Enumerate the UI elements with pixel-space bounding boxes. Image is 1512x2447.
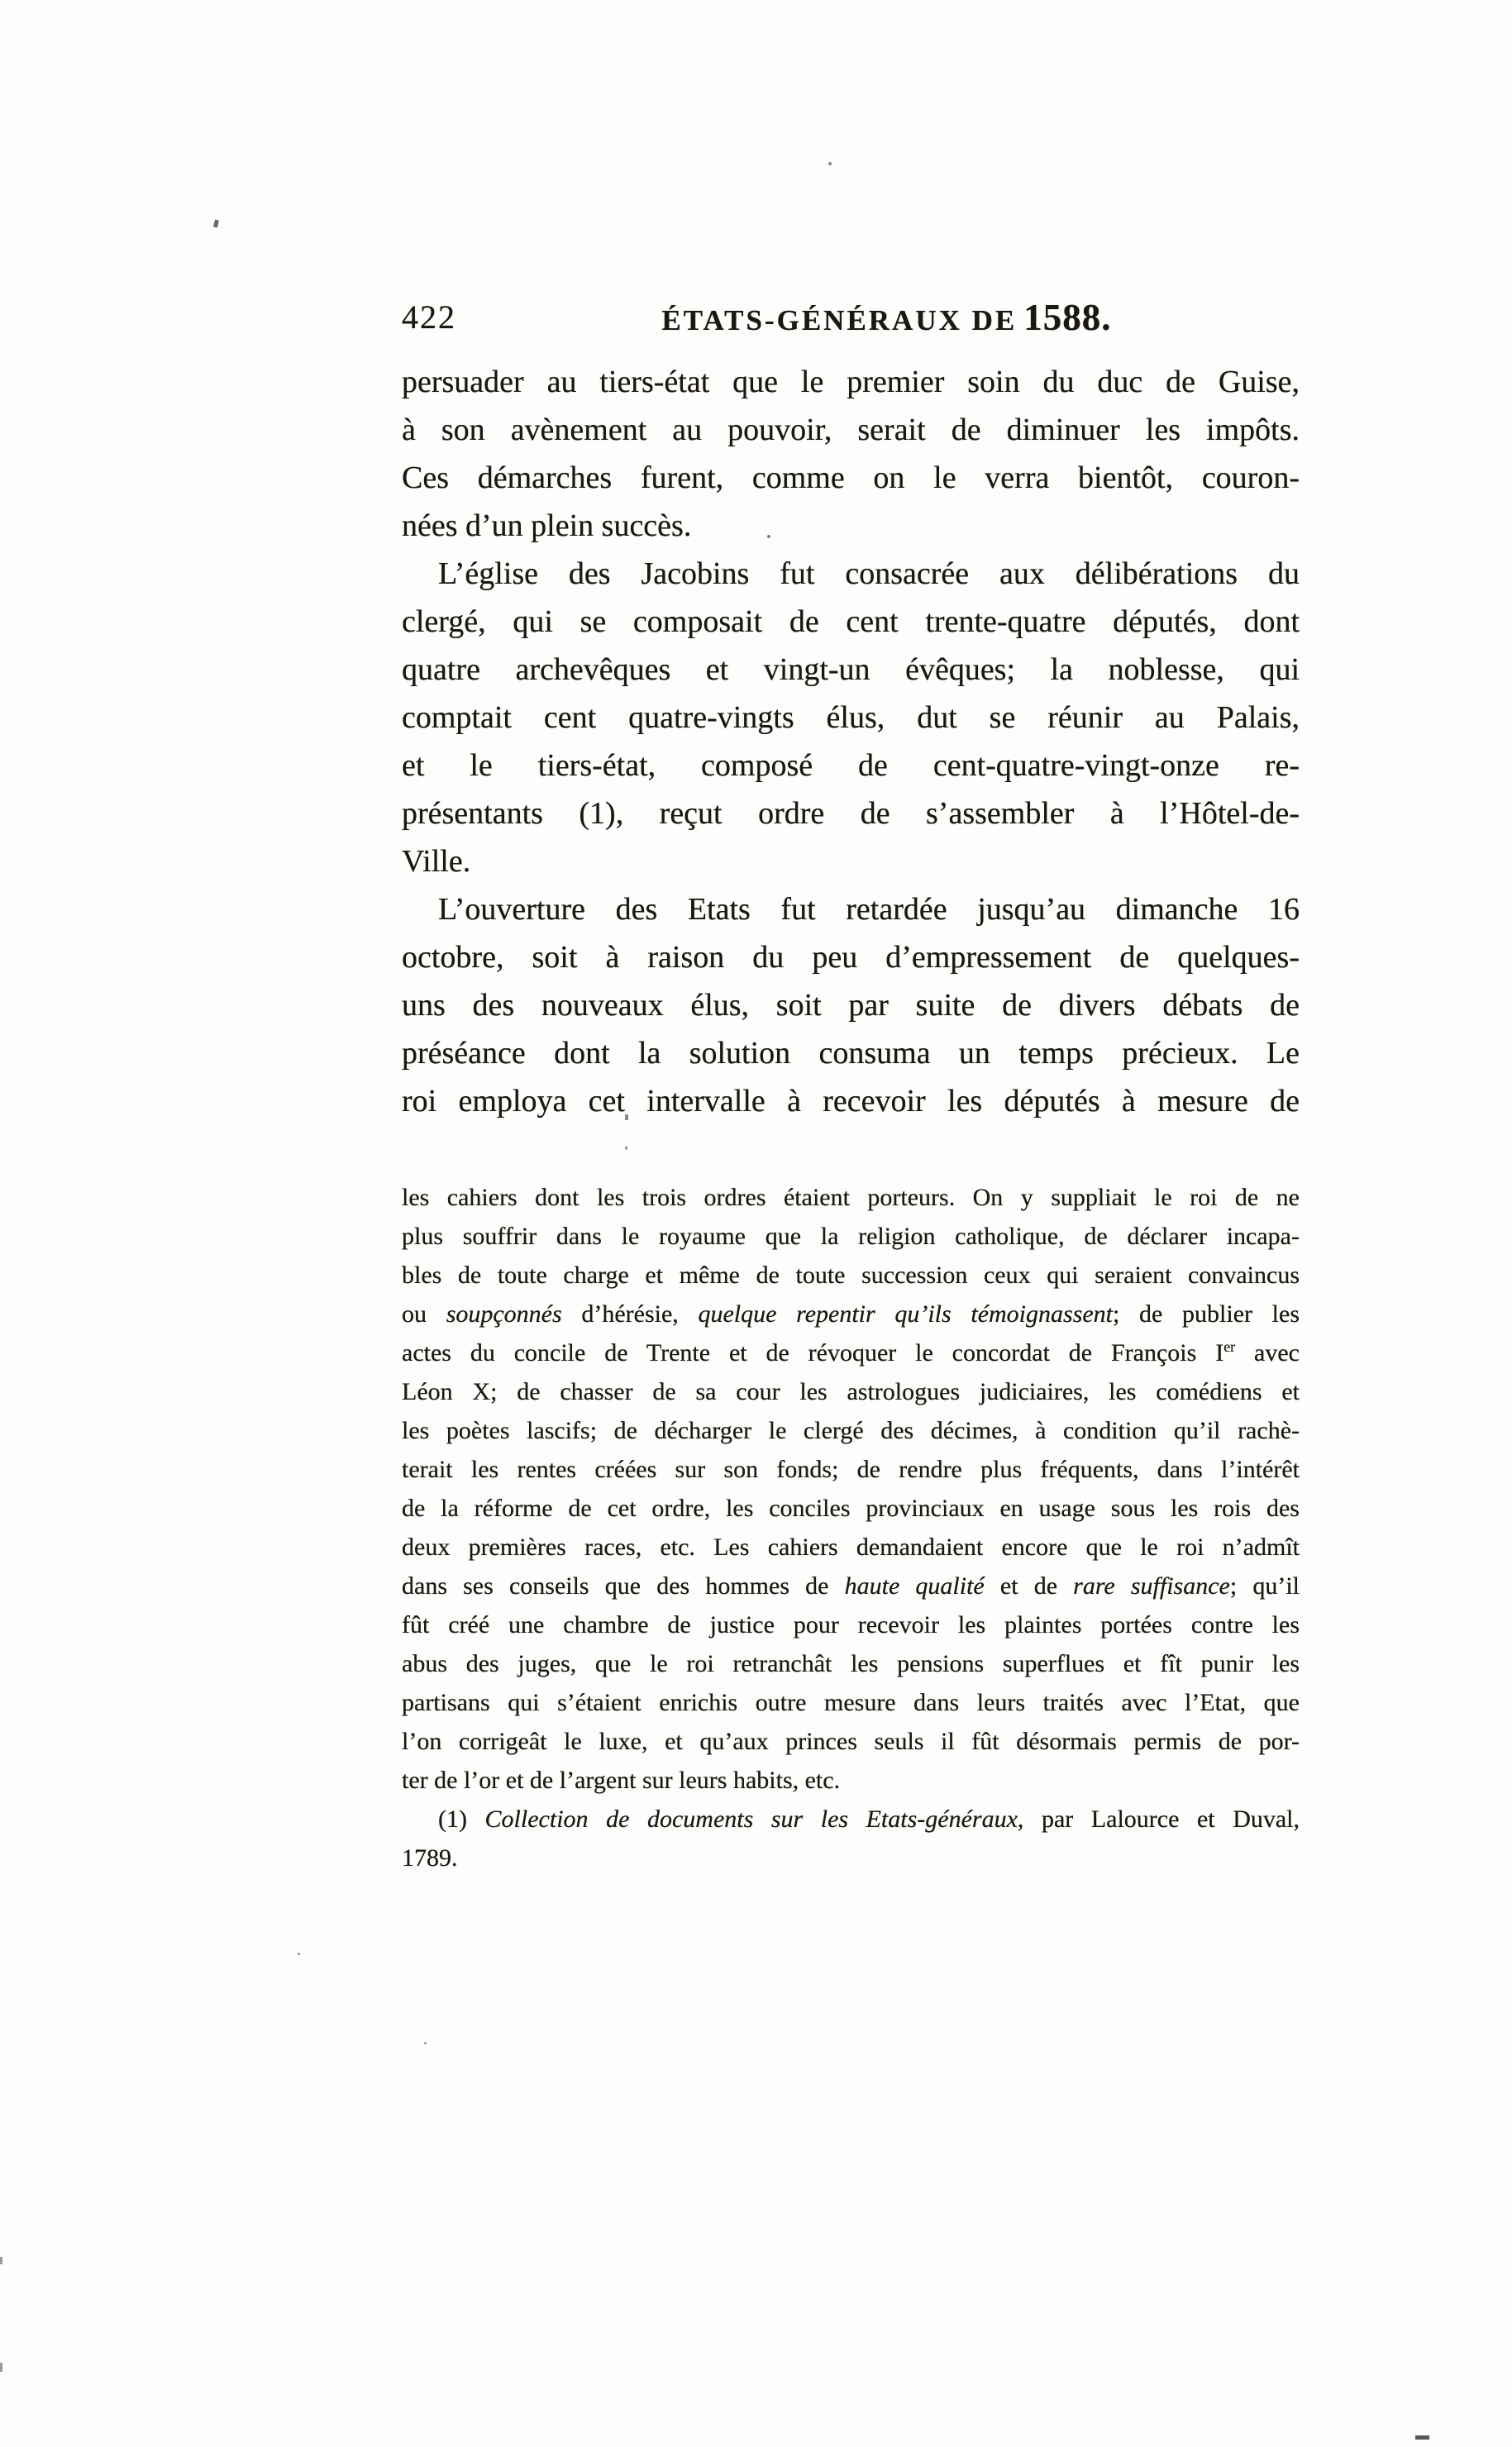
text-line: uns des nouveaux élus, soit par suite de… bbox=[402, 981, 1300, 1029]
text-segment: abus des juges, que le roi retranchât le… bbox=[402, 1650, 1300, 1677]
text-segment: préséance dont la solution consuma un te… bbox=[402, 1036, 1300, 1071]
scan-speck bbox=[424, 2042, 427, 2044]
text-line: Léon X; de chasser de sa cour les astrol… bbox=[402, 1372, 1300, 1411]
text-segment: Collection de documents sur les Etats-gé… bbox=[485, 1805, 1018, 1833]
text-line: les cahiers dont les trois ordres étaien… bbox=[402, 1178, 1300, 1217]
text-segment: Ville. bbox=[402, 844, 470, 879]
scan-speck bbox=[828, 162, 832, 165]
text-line: ter de l’or et de l’argent sur leurs hab… bbox=[402, 1761, 1300, 1800]
text-line: Ville. bbox=[402, 837, 1300, 885]
text-line: octobre, soit à raison du peu d’empresse… bbox=[402, 933, 1300, 981]
running-title-year: 1588. bbox=[1023, 297, 1111, 338]
text-segment: plus souffrir dans le royaume que la rel… bbox=[402, 1223, 1300, 1250]
text-line: comptait cent quatre-vingts élus, dut se… bbox=[402, 694, 1300, 742]
book-page-scan: 422 ÉTATS-GÉNÉRAUX DE 1588. persuader au… bbox=[0, 0, 1512, 2447]
text-segment: terait les rentes créées sur son fonds; … bbox=[402, 1456, 1300, 1483]
text-segment: ter de l’or et de l’argent sur leurs hab… bbox=[402, 1767, 840, 1794]
text-segment: L’église des Jacobins fut consacrée aux … bbox=[438, 556, 1300, 591]
page-header: 422 ÉTATS-GÉNÉRAUX DE 1588. bbox=[402, 294, 1300, 344]
text-line: abus des juges, que le roi retranchât le… bbox=[402, 1644, 1300, 1683]
text-line: L’église des Jacobins fut consacrée aux … bbox=[402, 550, 1300, 598]
text-segment: comptait cent quatre-vingts élus, dut se… bbox=[402, 700, 1300, 735]
text-segment: , par Lalource et Duval, bbox=[1018, 1805, 1300, 1833]
running-title-text: ÉTATS-GÉNÉRAUX DE bbox=[661, 304, 1017, 336]
text-segment: fût créé une chambre de justice pour rec… bbox=[402, 1611, 1300, 1638]
footnote-block: les cahiers dont les trois ordres étaien… bbox=[402, 1178, 1300, 1877]
text-line: deux premières races, etc. Les cahiers d… bbox=[402, 1528, 1300, 1567]
page-number: 422 bbox=[402, 294, 456, 341]
text-line: terait les rentes créées sur son fonds; … bbox=[402, 1450, 1300, 1489]
text-segment: d’hérésie, bbox=[562, 1300, 699, 1328]
text-segment: roi employa cet intervalle à recevoir le… bbox=[402, 1084, 1300, 1119]
scan-speck bbox=[625, 1146, 627, 1150]
text-segment: présentants (1), reçut ordre de s’assemb… bbox=[402, 796, 1300, 831]
text-line: quatre archevêques et vingt-un évêques; … bbox=[402, 646, 1300, 694]
text-segment: dans ses conseils que des hommes de bbox=[402, 1572, 845, 1600]
text-segment: nées d’un plein succès. bbox=[402, 508, 691, 543]
text-line: roi employa cet intervalle à recevoir le… bbox=[402, 1077, 1300, 1125]
text-line: dans ses conseils que des hommes de haut… bbox=[402, 1567, 1300, 1605]
text-segment: rare suffisance bbox=[1073, 1572, 1230, 1600]
text-line: Ces démarches furent, comme on le verra … bbox=[402, 454, 1300, 502]
text-line: nées d’un plein succès. bbox=[402, 502, 1300, 550]
text-line: partisans qui s’étaient enrichis outre m… bbox=[402, 1683, 1300, 1722]
text-line: persuader au tiers-état que le premier s… bbox=[402, 358, 1300, 406]
text-line: préséance dont la solution consuma un te… bbox=[402, 1029, 1300, 1077]
text-segment: er bbox=[1223, 1338, 1235, 1355]
text-line: et le tiers-état, composé de cent-quatre… bbox=[402, 742, 1300, 789]
text-segment: L’ouverture des Etats fut retardée jusqu… bbox=[438, 892, 1300, 927]
text-segment: ou bbox=[402, 1300, 446, 1328]
text-segment: bles de toute charge et même de toute su… bbox=[402, 1262, 1300, 1289]
text-segment: 1789. bbox=[402, 1844, 458, 1872]
text-line: (1) Collection de documents sur les Etat… bbox=[402, 1800, 1300, 1839]
text-segment: l’on corrigeât le luxe, et qu’aux prince… bbox=[402, 1728, 1300, 1755]
text-segment: haute qualité bbox=[845, 1572, 985, 1600]
text-segment: uns des nouveaux élus, soit par suite de… bbox=[402, 988, 1300, 1023]
text-segment: persuader au tiers-état que le premier s… bbox=[402, 365, 1300, 399]
text-segment: partisans qui s’étaient enrichis outre m… bbox=[402, 1689, 1300, 1716]
scan-speck bbox=[625, 1114, 628, 1120]
scan-speck bbox=[298, 1953, 300, 1955]
text-line: plus souffrir dans le royaume que la rel… bbox=[402, 1217, 1300, 1256]
text-line: à son avènement au pouvoir, serait de di… bbox=[402, 406, 1300, 454]
main-text-block: persuader au tiers-état que le premier s… bbox=[402, 358, 1300, 1125]
text-line: de la réforme de cet ordre, les conciles… bbox=[402, 1489, 1300, 1528]
scan-speck bbox=[0, 2363, 2, 2372]
text-line: les poètes lascifs; de décharger le cler… bbox=[402, 1411, 1300, 1450]
text-segment: deux premières races, etc. Les cahiers d… bbox=[402, 1534, 1300, 1561]
text-segment: Léon X; de chasser de sa cour les astrol… bbox=[402, 1378, 1300, 1405]
text-line: clergé, qui se composait de cent trente-… bbox=[402, 598, 1300, 646]
text-line: ou soupçonnés d’hérésie, quelque repenti… bbox=[402, 1295, 1300, 1333]
text-line: 1789. bbox=[402, 1839, 1300, 1877]
text-segment: quatre archevêques et vingt-un évêques; … bbox=[402, 652, 1300, 687]
text-segment: et le tiers-état, composé de cent-quatre… bbox=[402, 748, 1300, 783]
text-segment: soupçonnés bbox=[446, 1300, 562, 1328]
text-line: L’ouverture des Etats fut retardée jusqu… bbox=[402, 885, 1300, 933]
text-segment: de la réforme de cet ordre, les conciles… bbox=[402, 1495, 1300, 1522]
text-segment: quelque repentir qu’ils témoignassent bbox=[698, 1300, 1113, 1328]
text-segment: clergé, qui se composait de cent trente-… bbox=[402, 604, 1300, 639]
text-segment: octobre, soit à raison du peu d’empresse… bbox=[402, 940, 1300, 975]
text-segment: à son avènement au pouvoir, serait de di… bbox=[402, 413, 1300, 447]
text-line: fût créé une chambre de justice pour rec… bbox=[402, 1605, 1300, 1644]
text-segment: actes du concile de Trente et de révoque… bbox=[402, 1339, 1223, 1367]
text-line: l’on corrigeât le luxe, et qu’aux prince… bbox=[402, 1722, 1300, 1761]
text-segment: ; de publier les bbox=[1113, 1300, 1300, 1328]
text-segment: ; qu’il bbox=[1230, 1572, 1300, 1600]
text-line: présentants (1), reçut ordre de s’assemb… bbox=[402, 789, 1300, 837]
scan-speck bbox=[1415, 2435, 1429, 2440]
text-segment: les cahiers dont les trois ordres étaien… bbox=[402, 1184, 1300, 1211]
text-segment: (1) bbox=[438, 1805, 485, 1833]
text-segment: et de bbox=[985, 1572, 1073, 1600]
text-line: actes du concile de Trente et de révoque… bbox=[402, 1333, 1300, 1372]
scan-speck bbox=[213, 220, 219, 228]
text-segment: avec bbox=[1235, 1339, 1300, 1367]
text-segment: les poètes lascifs; de décharger le cler… bbox=[402, 1417, 1300, 1444]
running-title: ÉTATS-GÉNÉRAUX DE 1588. bbox=[661, 294, 1111, 350]
scan-speck bbox=[0, 2257, 2, 2264]
scan-speck bbox=[767, 535, 770, 538]
text-segment: Ces démarches furent, comme on le verra … bbox=[402, 460, 1300, 495]
text-line: bles de toute charge et même de toute su… bbox=[402, 1256, 1300, 1295]
